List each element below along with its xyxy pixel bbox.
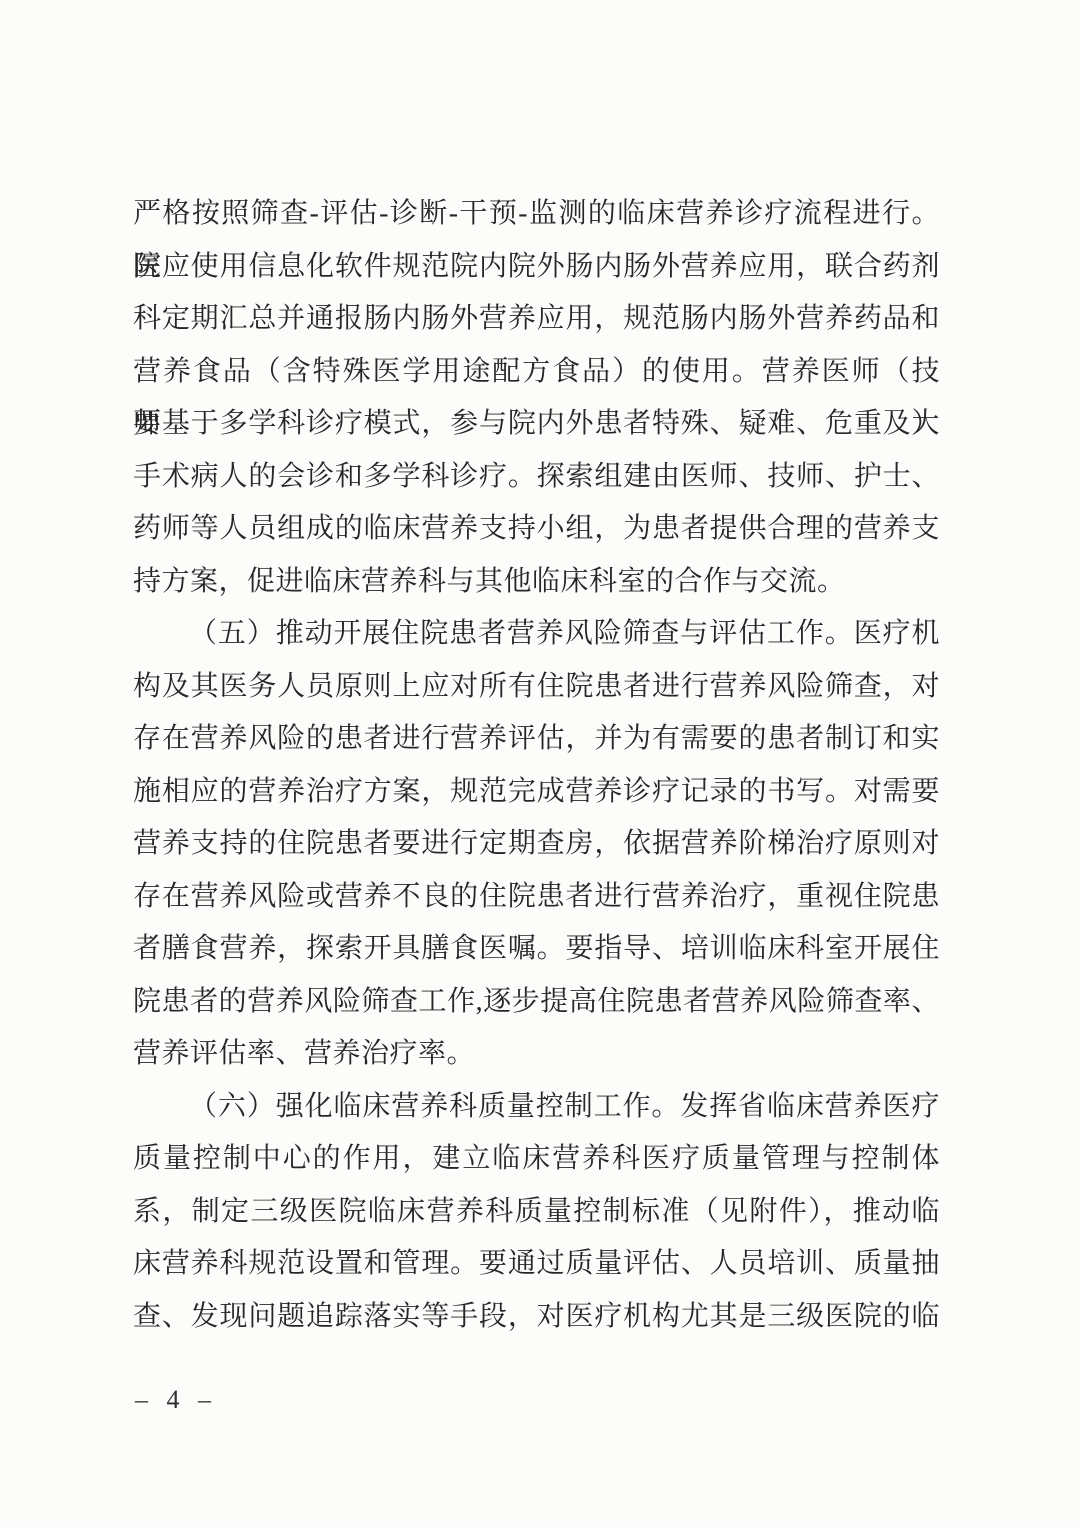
text-line: 手术病人的会诊和多学科诊疗。探索组建由医师、技师、护士、 xyxy=(133,451,940,504)
text-line: 要基于多学科诊疗模式，参与院内外患者特殊、疑难、危重及大 xyxy=(133,398,940,451)
text-line: 院患者的营养风险筛查工作,逐步提高住院患者营养风险筛查率、 xyxy=(133,976,940,1029)
text-line: 系，制定三级医院临床营养科质量控制标准（见附件），推动临 xyxy=(133,1186,940,1239)
text-line: 者膳食营养，探索开具膳食医嘱。要指导、培训临床科室开展住 xyxy=(133,923,940,976)
text-line: 营养评估率、营养治疗率。 xyxy=(133,1028,940,1081)
text-line: 质量控制中心的作用，建立临床营养科医疗质量管理与控制体 xyxy=(133,1133,940,1186)
text-line-paragraph-6-start: （六）强化临床营养科质量控制工作。发挥省临床营养医疗 xyxy=(133,1081,940,1134)
text-line: 院应使用信息化软件规范院内院外肠内肠外营养应用，联合药剂 xyxy=(133,241,940,294)
document-body-text: 严格按照筛查-评估-诊断-干预-监测的临床营养诊疗流程进行。医 院应使用信息化软… xyxy=(133,188,940,1343)
text-line: 科定期汇总并通报肠内肠外营养应用，规范肠内肠外营养药品和 xyxy=(133,293,940,346)
text-line: 营养食品（含特殊医学用途配方食品）的使用。营养医师（技师） xyxy=(133,346,940,399)
text-line: 营养支持的住院患者要进行定期查房，依据营养阶梯治疗原则对 xyxy=(133,818,940,871)
text-line: 床营养科规范设置和管理。要通过质量评估、人员培训、质量抽 xyxy=(133,1238,940,1291)
text-line-paragraph-5-start: （五）推动开展住院患者营养风险筛查与评估工作。医疗机 xyxy=(133,608,940,661)
text-line: 构及其医务人员原则上应对所有住院患者进行营养风险筛查，对 xyxy=(133,661,940,714)
document-page: 严格按照筛查-评估-诊断-干预-监测的临床营养诊疗流程进行。医 院应使用信息化软… xyxy=(0,0,1080,1527)
text-line: 存在营养风险的患者进行营养评估，并为有需要的患者制订和实 xyxy=(133,713,940,766)
text-line: 持方案，促进临床营养科与其他临床科室的合作与交流。 xyxy=(133,556,940,609)
text-line: 药师等人员组成的临床营养支持小组，为患者提供合理的营养支 xyxy=(133,503,940,556)
text-line: 严格按照筛查-评估-诊断-干预-监测的临床营养诊疗流程进行。医 xyxy=(133,188,940,241)
text-line: 施相应的营养治疗方案，规范完成营养诊疗记录的书写。对需要 xyxy=(133,766,940,819)
page-number: – 4 – xyxy=(135,1385,217,1415)
text-line: 查、发现问题追踪落实等手段，对医疗机构尤其是三级医院的临 xyxy=(133,1291,940,1344)
text-line: 存在营养风险或营养不良的住院患者进行营养治疗，重视住院患 xyxy=(133,871,940,924)
